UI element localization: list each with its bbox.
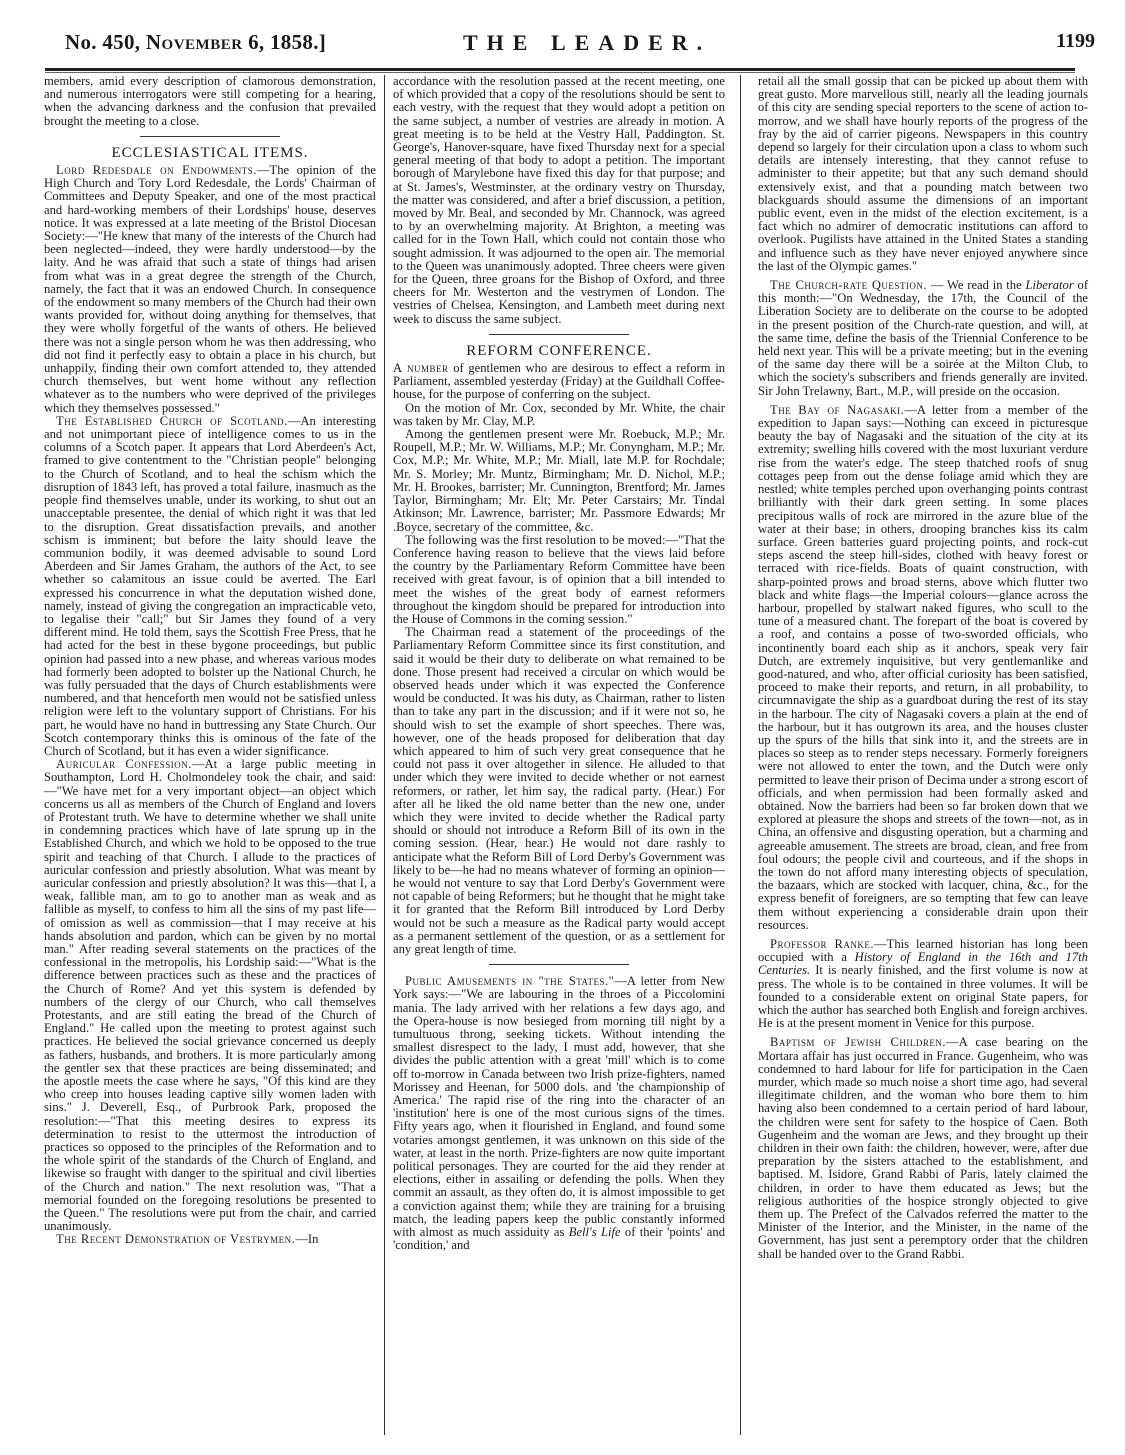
article-nagasaki: The Bay of Nagasaki.—A letter from a mem…	[758, 404, 1088, 932]
article-auricular-confession: Auricular Confession.—At a large public …	[44, 758, 376, 1233]
reform-paragraph: The Chairman read a statement of the pro…	[393, 626, 725, 956]
article-public-amusements: Public Amusements in "the States."—A let…	[393, 975, 725, 1252]
continued-paragraph: retail all the small gossip that can be …	[758, 75, 1088, 273]
article-body: — We read in the	[927, 278, 1025, 292]
article-lead: Baptism of Jewish Children.	[770, 1035, 946, 1049]
article-jewish-children: Baptism of Jewish Children.—A case beari…	[758, 1036, 1088, 1260]
article-lead: A number	[393, 361, 449, 375]
column-2: accordance with the resolution passed at…	[393, 75, 725, 1252]
article-body: —At a large public meeting in Southampto…	[44, 757, 376, 1233]
article-lead: The Recent Demonstration of Vestrymen.	[56, 1232, 295, 1246]
section-heading-reform: REFORM CONFERENCE.	[393, 345, 725, 358]
italic-title: Bell's Life	[569, 1225, 621, 1239]
issue-info: No. 450, November 6, 1858.]	[65, 30, 326, 55]
section-separator	[140, 136, 280, 137]
article-body: —An interesting and not unimportant piec…	[44, 414, 376, 758]
continued-paragraph: members, amid every description of clamo…	[44, 75, 376, 128]
article-body: —A letter from New York says:—"We are la…	[393, 974, 725, 1239]
article-body: —A letter from a member of the expeditio…	[758, 403, 1088, 932]
article-vestrymen: The Recent Demonstration of Vestrymen.—I…	[44, 1233, 376, 1246]
page-number: 1199	[1056, 30, 1095, 53]
issue-number: No. 450,	[65, 30, 146, 54]
column-1: members, amid every description of clamo…	[44, 75, 376, 1247]
italic-title: Liberator	[1025, 278, 1073, 292]
masthead: No. 450, November 6, 1858.] THE LEADER. …	[65, 30, 1095, 52]
section-separator	[489, 964, 629, 965]
issue-month: November	[146, 30, 243, 54]
article-body: of this month:—"On Wednesday, the 17th, …	[758, 278, 1088, 398]
article-lead: Lord Redesdale on Endowments.	[56, 163, 257, 177]
continued-paragraph: accordance with the resolution passed at…	[393, 75, 725, 326]
article-lead: The Bay of Nagasaki.	[770, 403, 904, 417]
article-redesdale: Lord Redesdale on Endowments.—The opinio…	[44, 164, 376, 415]
issue-date: 6, 1858.]	[243, 30, 327, 54]
column-3: retail all the small gossip that can be …	[758, 75, 1088, 1261]
reform-paragraph: On the motion of Mr. Cox, seconded by Mr…	[393, 402, 725, 428]
newspaper-title: THE LEADER.	[463, 30, 711, 56]
column-divider	[384, 75, 385, 1435]
article-lead: Professor Ranke.	[770, 937, 874, 951]
article-body: —A case bearing on the Mortara affair ha…	[758, 1035, 1088, 1260]
article-lead: Public Amusements in "the States."	[405, 974, 614, 988]
reform-paragraph: Among the gentlemen present were Mr. Roe…	[393, 428, 725, 534]
article-lead: The Church-rate Question.	[770, 278, 927, 292]
reform-paragraph: The following was the first resolution t…	[393, 534, 725, 626]
article-church-of-scotland: The Established Church of Scotland.—An i…	[44, 415, 376, 758]
section-separator	[489, 334, 629, 335]
article-ranke: Professor Ranke.—This learned historian …	[758, 938, 1088, 1030]
article-body: —In	[295, 1232, 318, 1246]
masthead-rule	[45, 68, 1075, 73]
article-church-rate: The Church-rate Question. — We read in t…	[758, 279, 1088, 398]
reform-paragraph: A number of gentlemen who are desirous t…	[393, 362, 725, 402]
article-lead: The Established Church of Scotland.	[56, 414, 288, 428]
article-body: —The opinion of the High Church and Tory…	[44, 163, 376, 415]
article-lead: Auricular Confession.	[56, 757, 192, 771]
section-heading-ecclesiastical: ECCLESIASTICAL ITEMS.	[44, 147, 376, 160]
column-divider	[740, 75, 741, 1435]
